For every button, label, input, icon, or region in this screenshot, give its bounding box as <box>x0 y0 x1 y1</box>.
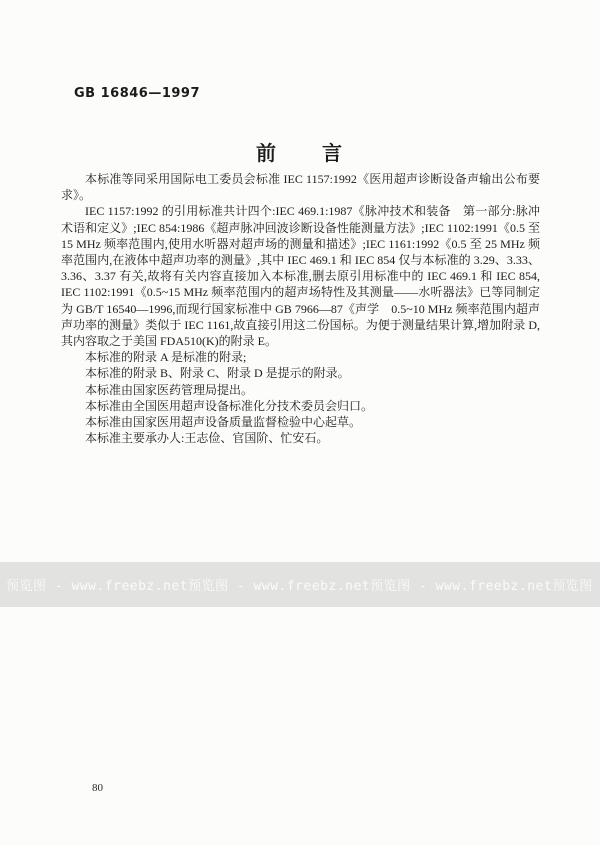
paragraph: 本标准由全国医用超声设备标准化分技术委员会归口。 <box>61 398 540 414</box>
standard-code: GB 16846—1997 <box>74 86 200 101</box>
paragraph: 本标准由国家医药管理局提出。 <box>61 382 540 398</box>
watermark-text: 预览图 - www.freebz.net <box>552 575 600 594</box>
document-page: GB 16846—1997 前 言 本标准等同采用国际电工委员会标准 IEC 1… <box>0 0 600 845</box>
page-title: 前 言 <box>0 137 600 166</box>
paragraph: 本标准的附录 A 是标准的附录; <box>61 349 540 365</box>
paragraph: 本标准等同采用国际电工委员会标准 IEC 1157:1992《医用超声诊断设备声… <box>61 171 540 203</box>
paragraph: 本标准主要承办人:王志俭、官国阶、忙安石。 <box>61 430 540 446</box>
watermark-text: 预览图 - www.freebz.net <box>6 575 188 594</box>
paragraph: IEC 1157:1992 的引用标准共计四个:IEC 469.1:1987《脉… <box>61 203 540 349</box>
paragraph: 本标准的附录 B、附录 C、附录 D 是提示的附录。 <box>61 365 540 381</box>
page-number: 80 <box>92 782 103 794</box>
paragraph: 本标准由国家医用超声设备质量监督检验中心起草。 <box>61 414 540 430</box>
watermark-band: 预览图 - www.freebz.net 预览图 - www.freebz.ne… <box>0 562 600 607</box>
watermark-text: 预览图 - www.freebz.net <box>370 575 552 594</box>
watermark-text: 预览图 - www.freebz.net <box>188 575 370 594</box>
foreword-body: 本标准等同采用国际电工委员会标准 IEC 1157:1992《医用超声诊断设备声… <box>61 171 540 446</box>
